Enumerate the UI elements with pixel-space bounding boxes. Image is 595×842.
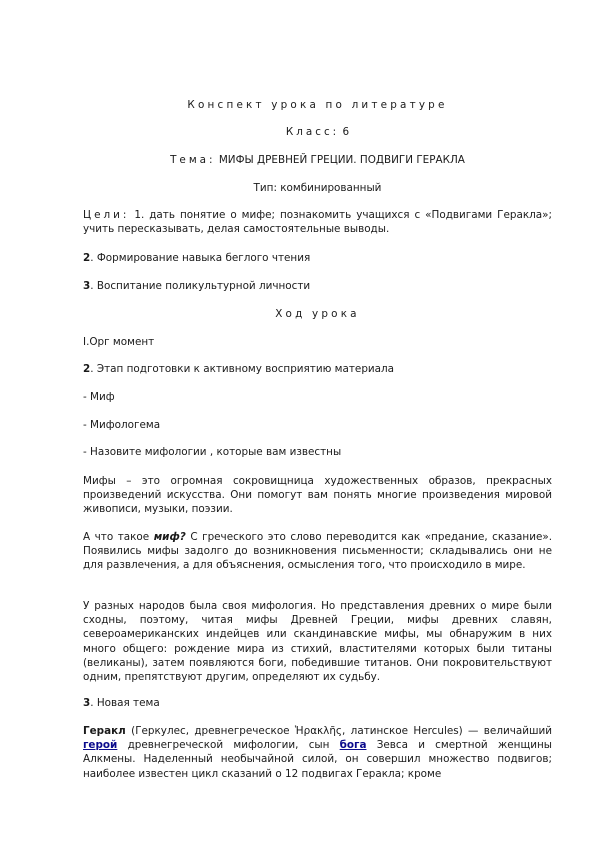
paragraph-heracles: Геракл (Геркулес, древнегреческое Ἡρακλῆ… [83,724,552,781]
document-title: Конспект урока по литературе [83,98,552,112]
goal-1-text: . дать понятие о мифе; познакомить учащи… [83,209,552,235]
type-label: Тип: [254,182,277,194]
hero-link[interactable]: герой [83,739,117,751]
goals-paragraph: Цели: 1. дать понятие о мифе; познакомит… [83,209,552,237]
bullet-name-mythologies: - Назовите мифологии , которые вам извес… [83,445,552,459]
type-value: комбинированный [280,182,381,194]
bullet-myth: - Миф [83,390,552,404]
goal-3: 3. Воспитание поликультурной личности [83,279,552,293]
topic-label: Тема: [170,154,215,166]
topic-value: МИФЫ ДРЕВНЕЙ ГРЕЦИИ. ПОДВИГИ ГЕРАКЛА [219,154,465,166]
step-preparation: 2. Этап подготовки к активному восприяти… [83,362,552,376]
heracles-text-2: древнегреческой мифологии, сын [117,739,339,751]
new-topic: 3. Новая тема [83,696,552,710]
paragraph-what-is-myth: А что такое миф? С греческого это слово … [83,530,552,573]
goal-1-number: 1 [134,209,141,221]
goals-label: Цели: [83,209,129,221]
document-page: Конспект урока по литературе Класс: 6 Те… [0,0,595,842]
goal-3-text: . Воспитание поликультурной личности [90,280,310,292]
heracles-text-1: (Геркулес, древнегреческое Ἡρακλῆς, лати… [126,725,552,737]
type-line: Тип: комбинированный [83,181,552,195]
goal-2-text: . Формирование навыка беглого чтения [90,252,310,264]
bullet-mythologem: - Мифологема [83,418,552,432]
grade-label: Класс: [286,126,339,138]
paragraph-myths-treasury: Мифы – это огромная сокровищница художес… [83,474,552,517]
p2-start: А что такое [83,531,154,543]
p2-emphasis: миф? [154,531,186,543]
step-org-moment: I.Орг момент [83,335,552,349]
heracles-name: Геракл [83,725,126,737]
grade-line: Класс: 6 [83,125,552,139]
lesson-heading: Ход урока [83,307,552,321]
goal-2: 2. Формирование навыка беглого чтения [83,251,552,265]
new-topic-text: . Новая тема [90,697,159,709]
grade-value: 6 [343,126,350,138]
paragraph-peoples-mythology: У разных народов была своя мифология. Но… [83,599,552,684]
topic-line: Тема: МИФЫ ДРЕВНЕЙ ГРЕЦИИ. ПОДВИГИ ГЕРАК… [83,153,552,167]
god-link[interactable]: бога [340,739,367,751]
step-2-text: . Этап подготовки к активному восприятию… [90,363,394,375]
